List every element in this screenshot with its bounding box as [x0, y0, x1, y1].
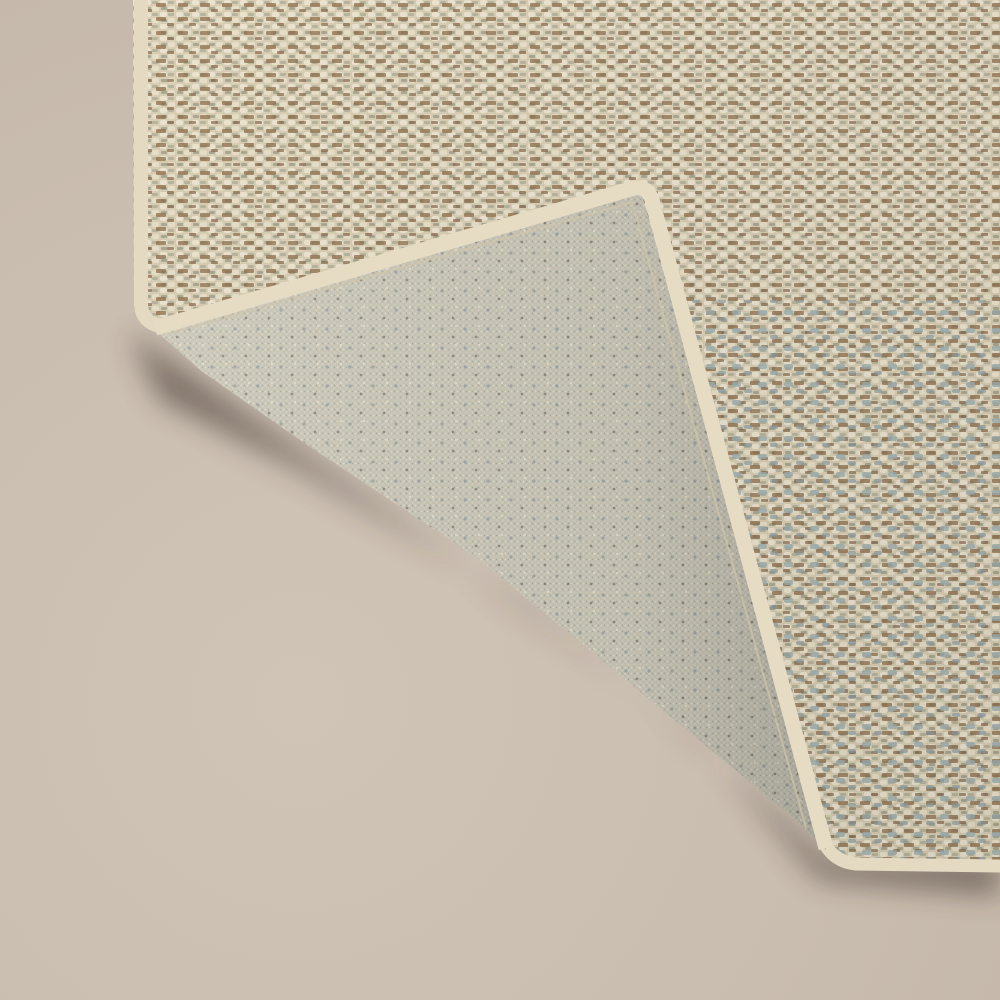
product-photo — [0, 0, 1000, 1000]
rug-illustration — [0, 0, 1000, 1000]
